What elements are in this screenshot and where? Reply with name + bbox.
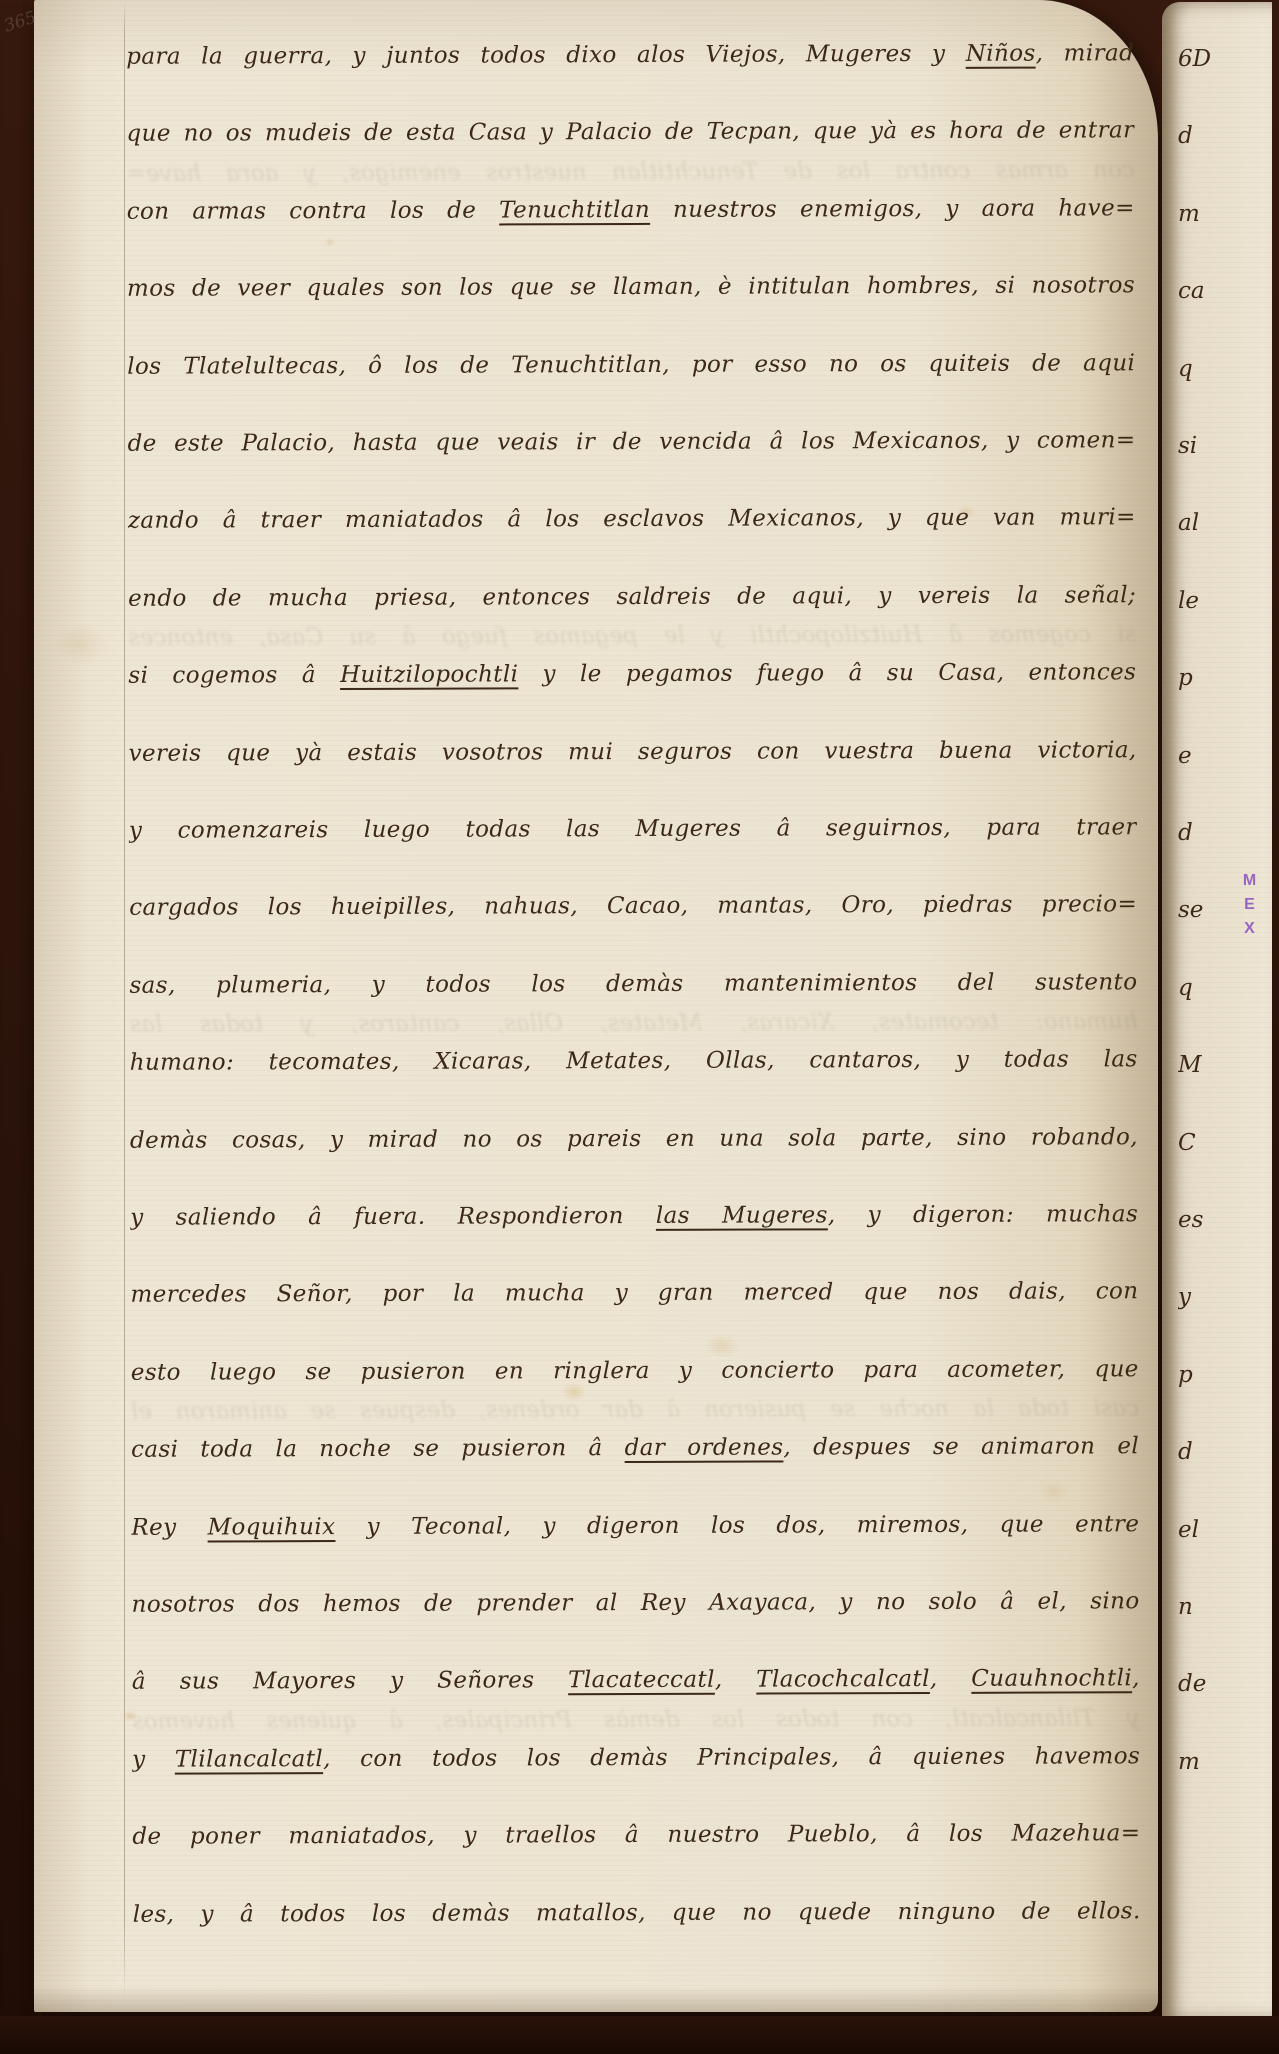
manuscript-line: endo de mucha priesa, entonces saldreis … xyxy=(128,580,1136,624)
manuscript-line: esto luego se pusieron en ringlera y con… xyxy=(131,1354,1139,1398)
next-page-text-fragment: el xyxy=(1178,1517,1268,1543)
next-page-text-fragment: m xyxy=(1178,201,1268,227)
next-page-text-fragment: es xyxy=(1178,1207,1268,1233)
manuscript-line: que no os mudeis de esta Casa y Palacio … xyxy=(126,116,1134,160)
manuscript-line: de este Palacio, hasta que veais ir de v… xyxy=(127,425,1135,469)
manuscript-line: mos de veer quales son los que se llaman… xyxy=(127,270,1135,314)
manuscript-line: y comenzareis luego todas las Mugeres â … xyxy=(129,812,1137,856)
next-page-text-fragment: C xyxy=(1178,1130,1268,1156)
next-page-text-fragment: d xyxy=(1178,123,1268,149)
manuscript-line: de poner maniatados, y traellos â nuestr… xyxy=(132,1818,1140,1862)
manuscript-line: casi toda la noche se pusieron â dar ord… xyxy=(131,1431,1139,1475)
underlined-word: dar ordenes xyxy=(625,1435,784,1462)
manuscript-photo: { "page": { "description": "Handwritten … xyxy=(0,0,1279,2054)
manuscript-page: con armas contra los de Tenuchtitlan nue… xyxy=(34,0,1158,2012)
underlined-word: Niños xyxy=(966,41,1036,67)
manuscript-line: si cogemos â Huitzilopochtli y le pegamo… xyxy=(128,657,1136,701)
underlined-word: Huitzilopochtli xyxy=(340,662,518,689)
next-page-text-fragment: d xyxy=(1178,820,1268,846)
underlined-word: Tlacochcalcatl xyxy=(756,1666,930,1693)
manuscript-line: humano: tecomates, Xicaras, Metates, Oll… xyxy=(130,1044,1138,1088)
underlined-word: Tlilancalcatl xyxy=(175,1746,323,1773)
next-page-text-fragment: y xyxy=(1178,1284,1268,1310)
manuscript-line: y saliendo â fuera. Respondieron las Mug… xyxy=(130,1199,1138,1243)
next-page-text-fragment: 6D xyxy=(1178,46,1268,72)
next-page-text-fragment: p xyxy=(1178,665,1268,691)
next-page-text-fragment: al xyxy=(1178,510,1268,536)
underlined-word: Cuauhnochtli xyxy=(971,1666,1132,1693)
manuscript-line: zando â traer maniatados â los esclavos … xyxy=(128,503,1136,547)
manuscript-line: y Tlilancalcatl, con todos los demàs Pri… xyxy=(132,1741,1140,1785)
margin-rule-line xyxy=(124,0,125,2002)
manuscript-line: cargados los hueipilles, nahuas, Cacao, … xyxy=(129,890,1137,934)
underlined-word: Tlacateccatl xyxy=(568,1667,715,1694)
next-page-text-fragment: d xyxy=(1178,1439,1268,1465)
next-page-text-fragment: p xyxy=(1178,1362,1268,1388)
underlined-word: Tenuchtitlan xyxy=(499,197,650,224)
manuscript-line: sas, plumeria, y todos los demàs manteni… xyxy=(129,967,1137,1011)
next-page-text-fragment: ca xyxy=(1178,278,1268,304)
manuscript-line: nosotros dos hemos de prender al Rey Axa… xyxy=(132,1586,1140,1630)
book-cover-bottom xyxy=(0,2016,1279,2054)
next-page-text-fragment: e xyxy=(1178,743,1268,769)
manuscript-line: para la guerra, y juntos todos dixo alos… xyxy=(126,38,1134,82)
next-page-text-fragment: si xyxy=(1178,433,1268,459)
next-page-text-fragment: n xyxy=(1178,1594,1268,1620)
bleed-through-text: casi toda la noche se pusieron â dar ord… xyxy=(131,1393,1139,1427)
bleed-through-text: humano: tecomates, Xicaras, Metates, Oll… xyxy=(130,1006,1138,1040)
manuscript-line: les, y â todos los demàs matallos, que n… xyxy=(133,1896,1141,1940)
manuscript-text: con armas contra los de Tenuchtitlan nue… xyxy=(126,0,1134,2)
bleed-through-text: y Tlilancalcatl, con todos los demàs Pri… xyxy=(132,1703,1140,1737)
bleed-through-text: si cogemos â Huitzilopochtli y le pegamo… xyxy=(128,619,1136,653)
manuscript-line: los Tlatelultecas, ô los de Tenuchtitlan… xyxy=(127,348,1135,392)
next-page-text-fragment: q xyxy=(1178,356,1268,382)
next-page-text-fragment: de xyxy=(1178,1671,1268,1697)
underlined-word: Moquihuix xyxy=(208,1514,336,1540)
next-page-text-fragment: M xyxy=(1178,1052,1268,1078)
manuscript-line: con armas contra los de Tenuchtitlan nue… xyxy=(127,193,1135,237)
next-page-text-fragment: m xyxy=(1178,1749,1268,1775)
next-page-text-fragment: le xyxy=(1178,588,1268,614)
manuscript-line: â sus Mayores y Señores Tlacateccatl, Tl… xyxy=(132,1664,1140,1708)
bleed-through-text: con armas contra los de Tenuchtitlan nue… xyxy=(127,155,1135,189)
next-page-sliver: 6DdmcaqsiallepedseqMCesypdelndem xyxy=(1162,2,1272,2020)
underlined-word: las Mugeres xyxy=(656,1202,828,1229)
manuscript-line: Rey Moquihuix y Teconal, y digeron los d… xyxy=(131,1509,1139,1553)
manuscript-line: vereis que yà estais vosotros mui seguro… xyxy=(129,735,1137,779)
manuscript-line: demàs cosas, y mirad no os pareis en una… xyxy=(130,1122,1138,1166)
library-stamp: MEX xyxy=(1240,872,1258,992)
manuscript-line: mercedes Señor, por la mucha y gran merc… xyxy=(130,1277,1138,1321)
